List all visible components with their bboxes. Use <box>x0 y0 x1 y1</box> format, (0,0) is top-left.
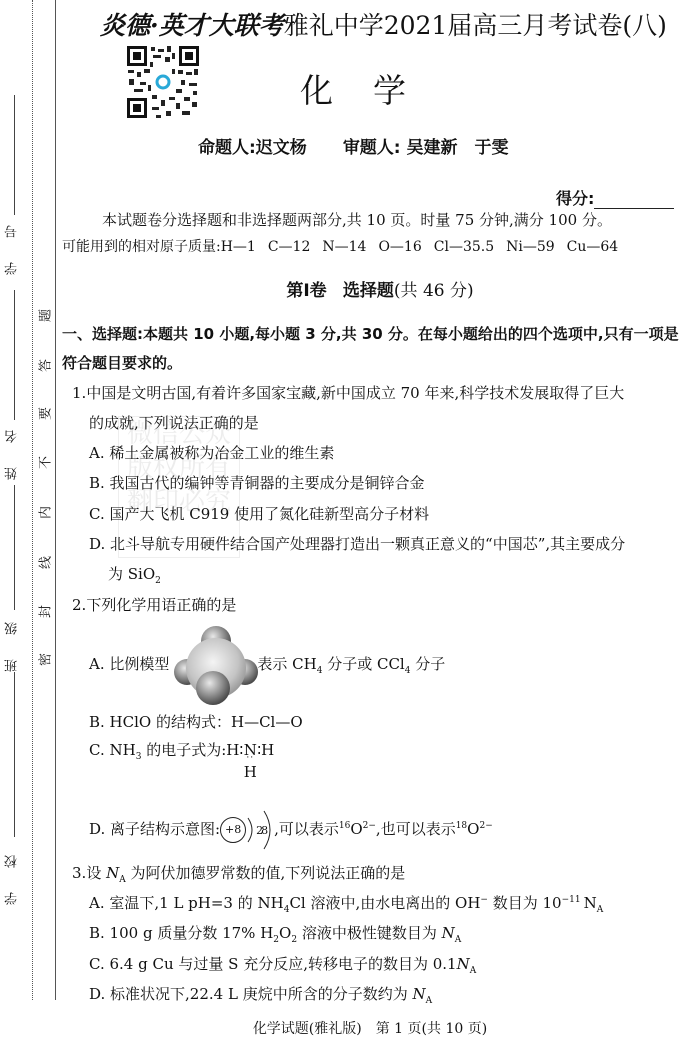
atomic-mass-item: N—14 <box>322 239 366 255</box>
subscript: A <box>597 905 604 915</box>
question-2-option-b[interactable]: B. HClO 的结构式：H—Cl—O <box>89 711 303 732</box>
question-number: 3. <box>72 864 86 882</box>
question-1-option-c[interactable]: C. 国产大飞机 C919 使用了氮化硅新型高分子材料 <box>89 503 429 524</box>
subscript: 2 <box>155 576 161 586</box>
question-1-option-b[interactable]: B. 我国古代的编钟等青铜器的主要成分是铜锌合金 <box>89 472 425 493</box>
question-1-option-d[interactable]: D. 北斗导航专用硬件结合国产处理器打造出一颗真正意义的“中国芯”,其主要成分 <box>89 533 625 554</box>
option-text: 溶液中极性键数目为 <box>297 924 442 942</box>
atomic-mass-item: O—16 <box>378 239 421 255</box>
structural-formula: H—Cl—O <box>231 713 303 731</box>
question-number: 1. <box>72 384 86 402</box>
solid-margin-line <box>55 0 56 1000</box>
hydrogen-atom-bottom: H <box>243 763 257 781</box>
name-field[interactable]: 姓 名 <box>2 420 24 480</box>
element-symbol: O <box>467 820 479 838</box>
question-stem-text: 中国是文明古国,有着许多国家宝藏,新中国成立 70 年来,科学技术发展取得了巨大 <box>86 384 624 402</box>
electron-formula-left: H∶ <box>226 741 243 759</box>
avogadro-symbol: N <box>457 955 470 973</box>
seal-char: 密 <box>35 652 54 668</box>
subject-title: 化学 <box>300 65 446 112</box>
option-text: 表示 CH <box>257 655 316 673</box>
question-3-option-c[interactable]: C. 6.4 g Cu 与过量 S 充分反应,转移电子的数目为 0.1NA <box>89 953 476 976</box>
avogadro-symbol: N <box>442 924 455 942</box>
option-text: B. 100 g 质量分数 17% H <box>89 924 273 942</box>
option-text: 分子或 CCl <box>322 655 404 673</box>
atomic-mass-item: Cl—35.5 <box>434 239 494 255</box>
question-1-option-a[interactable]: A. 稀土金属被称为冶金工业的维生素 <box>89 442 334 463</box>
option-text: Cl 溶液中,由水电离出的 OH <box>289 894 480 912</box>
question-3-stem: 3.设 NA 为阿伏加德罗常数的值,下列说法正确的是 <box>72 862 405 885</box>
qr-code-icon[interactable] <box>126 45 200 119</box>
superscript: − <box>480 895 488 905</box>
electron-shell-1-icon <box>246 817 256 843</box>
section-instructions: 一、选择题:本题共 10 小题,每小题 3 分,共 30 分。在每小题给出的四个… <box>62 320 692 378</box>
seal-char: 封 <box>35 604 54 620</box>
seal-char: 不 <box>35 455 54 471</box>
dotted-cut-line <box>32 0 33 1000</box>
option-text: D. 标准状况下,22.4 L 庚烷中所含的分子数约为 <box>89 985 412 1003</box>
option-text: ,也可以表示 <box>376 820 456 838</box>
student-id-label: 学 号 <box>2 215 24 275</box>
ion-nucleus: +8 <box>220 817 246 843</box>
atomic-mass-item: Ni—59 <box>506 239 555 255</box>
question-stem-text: 设 <box>86 864 106 882</box>
question-stem-text: 为阿伏加德罗常数的值,下列说法正确的是 <box>126 864 406 882</box>
mass-number: 16 <box>339 821 350 831</box>
question-1-stem-cont: 的成就,下列说法正确的是 <box>89 412 259 433</box>
option-text: A. 室温下,1 L pH=3 的 NH <box>89 894 284 912</box>
space-filling-model-icon <box>173 624 259 706</box>
element-symbol: O <box>350 820 362 838</box>
student-id-line <box>14 95 15 215</box>
option-text: O <box>279 924 291 942</box>
option-text: C. 6.4 g Cu 与过量 S 充分反应,转移电子的数目为 0.1 <box>89 955 457 973</box>
score-blank[interactable] <box>594 194 674 209</box>
author-label: 命题人:迟文杨 <box>198 138 307 158</box>
question-2-option-d[interactable]: D. 离子结构示意图:+828,可以表示16O2−,也可以表示18O2− <box>89 810 493 850</box>
shell-2-count: 8 <box>261 824 268 837</box>
part-heading: 第Ⅰ卷 选择题(共 46 分) <box>0 276 700 301</box>
class-line-lower <box>14 672 15 837</box>
question-3-option-d[interactable]: D. 标准状况下,22.4 L 庚烷中所含的分子数约为 NA <box>89 983 432 1006</box>
option-text: C. NH <box>89 741 136 759</box>
part-label: 第Ⅰ卷 <box>286 281 326 301</box>
option-text: 数目为 10 <box>488 894 562 912</box>
atomic-masses-label: 可能用到的相对原子质量: <box>62 239 221 255</box>
score-label: 得分: <box>556 189 594 208</box>
question-1-option-d-cont: 为 SiO2 <box>108 563 161 586</box>
question-number: 2. <box>72 596 86 614</box>
exam-title: 炎德·英才大联考雅礼中学2021届高三月考试卷(八) <box>100 6 700 42</box>
reviewer-label: 审题人: 吴建新 于雯 <box>343 138 509 158</box>
question-stem-text: 下列化学用语正确的是 <box>86 596 236 614</box>
school-field[interactable]: 学 校 <box>2 845 24 905</box>
class-field[interactable]: 班 级 <box>2 612 24 672</box>
seal-char: 线 <box>35 555 54 571</box>
exponent: −11 <box>562 895 581 905</box>
part-title: 选择题 <box>343 281 394 301</box>
subscript: A <box>470 966 477 976</box>
option-text: A. 比例模型 <box>89 655 169 673</box>
atomic-mass-item: H—1 <box>221 239 256 255</box>
seal-char: 要 <box>35 406 54 422</box>
option-text: 分子 <box>410 655 445 673</box>
atomic-mass-item: C—12 <box>268 239 311 255</box>
question-3-option-a[interactable]: A. 室温下,1 L pH=3 的 NH4Cl 溶液中,由水电离出的 OH− 数… <box>89 892 603 915</box>
subscript: A <box>455 935 462 945</box>
exam-brand: 炎德·英才大联考 <box>100 11 284 40</box>
atomic-masses: 可能用到的相对原子质量:H—1C—12N—14O—16Cl—35.5Ni—59C… <box>62 236 630 256</box>
avogadro-symbol: N <box>584 894 597 912</box>
seal-char: 答 <box>35 358 54 374</box>
question-2-stem: 2.下列化学用语正确的是 <box>72 594 236 615</box>
question-2-option-c[interactable]: C. NH3 的电子式为:H∶N··H∶H <box>89 739 274 762</box>
subscript: A <box>426 996 433 1006</box>
mass-number: 18 <box>456 821 467 831</box>
electron-formula-right: ∶H <box>257 741 274 759</box>
option-text: 的电子式为: <box>141 741 226 759</box>
exam-title-rest: 雅礼中学2021届高三月考试卷(八) <box>284 11 667 40</box>
lone-pair-dots: ·· <box>243 753 257 763</box>
option-text: B. HClO 的结构式： <box>89 713 231 731</box>
option-text: 为 SiO <box>108 565 155 583</box>
ion-charge: 2− <box>363 821 376 831</box>
name-line <box>14 290 15 420</box>
electron-formula-center: N··H <box>243 741 257 759</box>
seal-char: 题 <box>35 308 54 324</box>
option-text: ,可以表示 <box>274 820 339 838</box>
class-label: 班 级 <box>2 612 24 672</box>
school-label: 学 校 <box>2 845 24 905</box>
seal-char: 内 <box>35 505 54 521</box>
question-2-option-a[interactable]: A. 比例模型表示 CH4 分子或 CCl4 分子 <box>89 653 445 676</box>
atomic-mass-item: Cu—64 <box>567 239 619 255</box>
student-id-field[interactable]: 学 号 <box>2 215 24 275</box>
authors-line: 命题人:迟文杨审题人: 吴建新 于雯 <box>198 133 509 158</box>
option-text: D. 离子结构示意图: <box>89 820 220 838</box>
part-points: (共 46 分) <box>394 281 474 301</box>
question-1-stem: 1.中国是文明古国,有着许多国家宝藏,新中国成立 70 年来,科学技术发展取得了… <box>72 382 624 403</box>
ion-charge: 2− <box>479 821 492 831</box>
page-footer: 化学试题(雅礼版) 第 1 页(共 10 页) <box>0 1018 700 1038</box>
name-label: 姓 名 <box>2 420 24 480</box>
question-3-option-b[interactable]: B. 100 g 质量分数 17% H2O2 溶液中极性键数目为 NA <box>89 922 461 945</box>
avogadro-symbol: N <box>106 864 119 882</box>
class-line-upper <box>14 485 15 610</box>
score-field[interactable]: 得分: <box>556 186 674 209</box>
avogadro-symbol: N <box>412 985 425 1003</box>
exam-instructions: 本试题卷分选择题和非选择题两部分,共 10 页。时量 75 分钟,满分 100 … <box>102 209 612 230</box>
